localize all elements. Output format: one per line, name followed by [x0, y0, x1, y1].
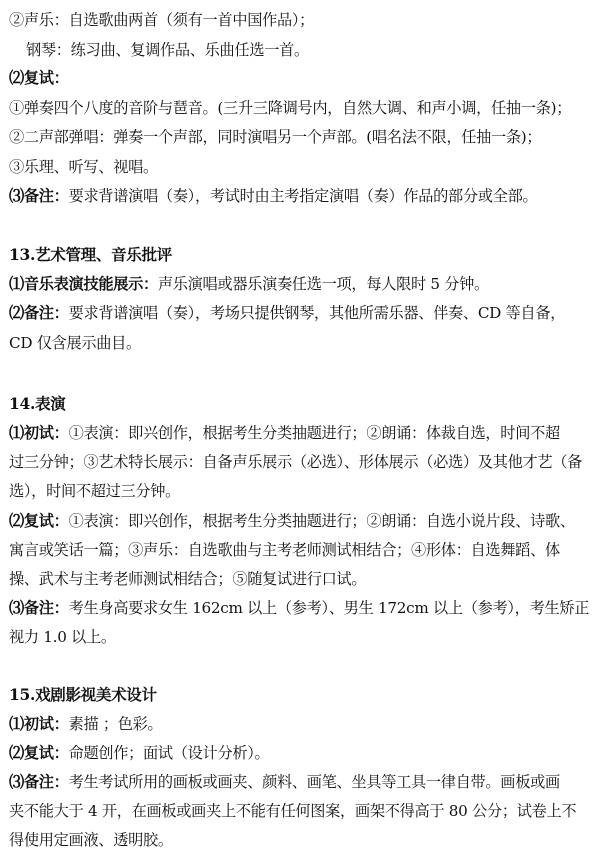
section-15-initial: ⑴初试：素描 ；色彩。	[9, 714, 597, 734]
note-text: 要求背谱演唱（奏），考场只提供钢琴，其他所需乐器、伴奏、CD 等自备，	[69, 304, 566, 322]
item-label: ⑴音乐表演技能展示：	[9, 275, 158, 293]
section-13-note: ⑵备注：要求背谱演唱（奏），考场只提供钢琴，其他所需乐器、伴奏、CD 等自备，	[9, 303, 597, 323]
section-13-item-1: ⑴音乐表演技能展示：声乐演唱或器乐演奏任选一项，每人限时 5 分钟。	[9, 274, 597, 294]
item-text: 声乐演唱或器乐演奏任选一项，每人限时 5 分钟。	[158, 275, 489, 293]
vocal-requirement: ②声乐：自选歌曲两首（须有一首中国作品）；	[9, 10, 597, 30]
section-14-retest: ⑵复试：①表演：即兴创作，根据考生分类抽题进行；②朗诵：自选小说片段、诗歌、	[9, 511, 597, 531]
note-label: ⑶备注：	[9, 187, 69, 205]
section-15-note-cont-2: 得使用定画液、透明胶。	[9, 830, 597, 850]
section-14-initial-cont-2: 选），时间不超过三分钟。	[9, 481, 597, 501]
initial-text: 素描 ；色彩。	[69, 715, 163, 733]
note-text: 要求背谱演唱（奏），考试时由主考指定演唱（奏）作品的部分或全部。	[69, 187, 538, 205]
note-text: 考生考试所用的画板或画夹、颜料、画笔、坐具等工具一律自带。画板或画	[69, 773, 560, 791]
note-text: 考生身高要求女生 162cm 以上（参考）、男生 172cm 以上（参考），考生…	[69, 599, 590, 617]
retest-item-3: ③乐理、听写、视唱。	[9, 157, 597, 177]
note-paragraph: ⑶备注：要求背谱演唱（奏），考试时由主考指定演唱（奏）作品的部分或全部。	[9, 186, 597, 206]
section-15-retest: ⑵复试：命题创作；面试（设计分析）。	[9, 743, 597, 763]
retest-item-1: ①弹奏四个八度的音阶与琶音。(三升三降调号内，自然大调、和声小调，任抽一条)；	[9, 98, 597, 118]
retest-text: 命题创作；面试（设计分析）。	[69, 744, 270, 762]
section-15-note-cont-1: 夹不能大于 4 开，在画板或画夹上不能有任何图案，画架不得高于 80 公分；试卷…	[9, 801, 597, 821]
section-14-note: ⑶备注：考生身高要求女生 162cm 以上（参考）、男生 172cm 以上（参考…	[9, 598, 597, 618]
retest-label: ⑵复试：	[9, 512, 69, 530]
note-label: ⑶备注：	[9, 773, 69, 791]
piano-requirement: 钢琴：练习曲、复调作品、乐曲任选一首。	[26, 40, 597, 60]
section-13-note-cont: CD 仅含展示曲目。	[9, 333, 597, 353]
section-14-initial: ⑴初试：①表演：即兴创作，根据考生分类抽题进行；②朗诵：体裁自选，时间不超	[9, 423, 597, 443]
initial-text: ①表演：即兴创作，根据考生分类抽题进行；②朗诵：体裁自选，时间不超	[69, 424, 560, 442]
initial-label: ⑴初试：	[9, 424, 69, 442]
initial-label: ⑴初试：	[9, 715, 69, 733]
section-15-note: ⑶备注：考生考试所用的画板或画夹、颜料、画笔、坐具等工具一律自带。画板或画	[9, 772, 597, 792]
section-15-heading: 15.戏剧影视美术设计	[9, 685, 597, 705]
section-14-retest-cont-2: 操、武术与主考老师测试相结合；⑤随复试进行口试。	[9, 569, 597, 589]
note-label: ⑶备注：	[9, 599, 69, 617]
retest-item-2: ②二声部弹唱：弹奏一个声部，同时演唱另一个声部。(唱名法不限，任抽一条)；	[9, 127, 597, 147]
section-14-retest-cont-1: 寓言或笑话一篇；③声乐：自选歌曲与主考老师测试相结合；④形体：自选舞蹈、体	[9, 540, 597, 560]
retest-label: ⑵复试：	[9, 68, 597, 88]
section-14-heading: 14.表演	[9, 394, 597, 414]
retest-label: ⑵复试：	[9, 744, 69, 762]
retest-text: ①表演：即兴创作，根据考生分类抽题进行；②朗诵：自选小说片段、诗歌、	[69, 512, 575, 530]
section-13-heading: 13.艺术管理、音乐批评	[9, 245, 597, 265]
section-14-note-cont: 视力 1.0 以上。	[9, 627, 597, 647]
section-14-initial-cont-1: 过三分钟；③艺术特长展示：自备声乐展示（必选）、形体展示（必选）及其他才艺（备	[9, 452, 597, 472]
note-label: ⑵备注：	[9, 304, 69, 322]
